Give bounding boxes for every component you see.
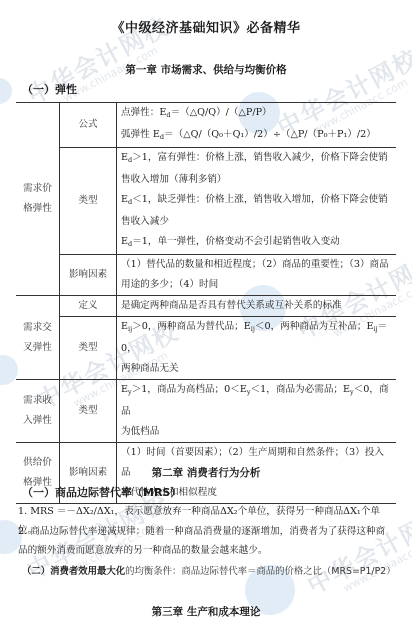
table-row: 需求收入弹性类型Ey＞1，商品为高档品；0＜Ey＜1，商品为必需品；Ey＜0，商… [16,380,396,443]
mrs-law-line1: 2. 商品边际替代率递减规律：随着一种商品消费量的逐渐增加，消费者为了获得这种商 [18,522,398,541]
table-cell-line: 售收入减少 [121,212,392,232]
elasticity-table: 需求价格弹性公式点弹性：Ed＝（△Q/Q）/（△P/P）弧弹性 Ed＝（△Q/（… [16,102,396,504]
aspect-label-cell: 定义 [60,296,117,317]
aspect-label-cell: 类型 [60,148,117,255]
content-cell: 是确定两种商品是否具有替代关系或互补关系的标准 [117,296,397,317]
utility-maximization-condition: 的均衡条件：商品边际替代率＝商品的价格之比（MRS=P1/P2） [125,566,395,577]
table-cell-line: （1）替代品的数量和相近程度；（2）商品的重要性；（3）商品 [121,255,392,275]
elasticity-type-label: 需求价 [20,179,55,199]
elasticity-type-label: 需求交 [20,318,55,338]
utility-maximization-heading: （二）消费者效用最大化 [22,566,125,577]
section-elasticity: （一）弹性 [22,81,77,97]
table-row: 需求交叉弹性定义是确定两种商品是否具有替代关系或互补关系的标准 [16,296,396,317]
table-cell-line: Ed＞1，富有弹性：价格上涨，销售收入减少，价格下降会使销 [121,148,392,170]
elasticity-type-label: 入弹性 [20,411,55,431]
table-row: 类型Ed＞1，富有弹性：价格上涨，销售收入减少，价格下降会使销售收入增加（薄利多… [16,148,396,255]
content-cell: Eij＞0，两种商品为替代品；Eij＜0，两种商品为互补品；Eij＝0，两种商品… [117,317,397,380]
section-mrs: （一）商品边际替代率（MRS） [22,484,181,500]
aspect-label-cell: 公式 [60,103,117,148]
chapter-3-title: 第三章 生产和成本理论 [0,604,412,619]
table-cell-line: 为低档品 [121,422,392,442]
table-cell-line: 用途的多少；（4）时间 [121,275,392,295]
elasticity-type-cell: 需求收入弹性 [16,380,60,443]
elasticity-type-label: 叉弹性 [20,338,55,358]
aspect-label-cell: 影响因素 [60,255,117,296]
aspect-label-cell: 类型 [60,317,117,380]
utility-maximization: （二）消费者效用最大化的均衡条件：商品边际替代率＝商品的价格之比（MRS=P1/… [22,563,396,577]
content-cell: （1）替代品的数量和相近程度；（2）商品的重要性；（3）商品用途的多少；（4）时… [117,255,397,296]
content-cell: Ed＞1，富有弹性：价格上涨，销售收入减少，价格下降会使销售收入增加（薄利多销）… [117,148,397,255]
document-title: 《中级经济基础知识》必备精华 [0,17,412,36]
table-cell-line: Ey＞1，商品为高档品；0＜Ey＜1，商品为必需品；Ey＜0，商品 [121,380,392,422]
chapter-1-title: 第一章 市场需求、供给与均衡价格 [0,62,412,77]
elasticity-type-cell: 需求交叉弹性 [16,296,60,380]
table-row: 影响因素（1）替代品的数量和相近程度；（2）商品的重要性；（3）商品用途的多少；… [16,255,396,296]
table-row: 类型Eij＞0，两种商品为替代品；Eij＜0，两种商品为互补品；Eij＝0，两种… [16,317,396,380]
table-cell-line: Ed＜1，缺乏弹性：价格上涨，销售收入增加，价格下降会使销 [121,190,392,212]
content-cell: 点弹性：Ed＝（△Q/Q）/（△P/P）弧弹性 Ed＝（△Q/（Q₀＋Q₁）/2… [117,103,397,148]
table-cell-line: Eij＞0，两种商品为替代品；Eij＜0，两种商品为互补品；Eij＝0， [121,317,392,359]
elasticity-type-label: 格弹性 [20,199,55,219]
aspect-label-cell: 类型 [60,380,117,443]
table-cell-line: 弧弹性 Ed＝（△Q/（Q₀＋Q₁）/2）÷（△P/（P₀＋P₁）/2） [121,125,392,147]
table-cell-line: 点弹性：Ed＝（△Q/Q）/（△P/P） [121,103,392,125]
table-cell-line: Ed＝1，单一弹性，价格变动不会引起销售收入变动 [121,232,392,254]
table-row: 需求价格弹性公式点弹性：Ed＝（△Q/Q）/（△P/P）弧弹性 Ed＝（△Q/（… [16,103,396,148]
watermark-logo-icon [0,78,12,104]
table-cell-line: 两种商品无关 [121,359,392,379]
elasticity-type-cell: 需求价格弹性 [16,103,60,296]
mrs-law-line2: 品的额外消费而愿意放弃的另一种商品的数量会越来越少。 [18,541,398,560]
table-cell-line: 是确定两种商品是否具有替代关系或互补关系的标准 [121,296,392,316]
content-cell: Ey＞1，商品为高档品；0＜Ey＜1，商品为必需品；Ey＜0，商品为低档品 [117,380,397,443]
chapter-2-title: 第二章 消费者行为分析 [0,465,412,480]
table-cell-line: 售收入增加（薄利多销） [121,170,392,190]
elasticity-type-label: 需求收 [20,391,55,411]
